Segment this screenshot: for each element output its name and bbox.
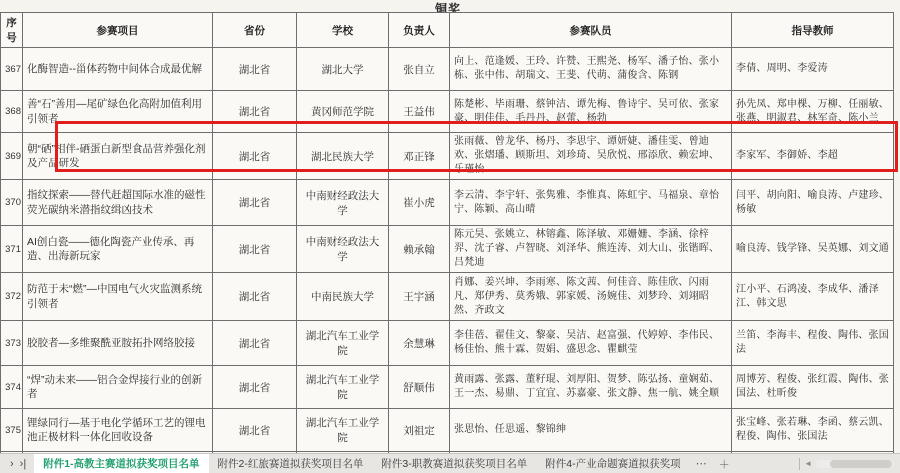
sheet-nav-arrows: › ›| [0, 458, 34, 470]
cell-school[interactable]: 黄冈师范学院 [297, 91, 389, 133]
cell-no[interactable]: 369 [1, 133, 23, 180]
col-header-leader[interactable]: 负责人 [389, 13, 450, 48]
cell-province[interactable]: 湖北省 [213, 48, 297, 91]
cell-project[interactable]: 化酶智造--甾体药物中间体合成最优解 [23, 48, 213, 91]
horizontal-scrollbar: ◄ [799, 458, 900, 470]
cell-school[interactable]: 湖北大学 [297, 48, 389, 91]
award-table: 序号 参赛项目 省份 学校 负责人 参赛队员 指导教师 367 化酶智造--甾体… [0, 12, 894, 466]
cell-members[interactable]: 张雨薇、曾龙华、杨丹、李思宇、谭妍婕、潘佳雯、曾迪欢、张熠璠、顾斯坦、刘珍琦、吴… [450, 133, 732, 180]
cell-advisors[interactable]: 闫平、胡向阳、喻良涛、卢建珍、杨敏 [732, 180, 894, 226]
cell-leader[interactable]: 崔小虎 [389, 180, 450, 226]
cell-members[interactable]: 陈元昊、张姚立、林镕鑫、陈泽敏、邓姗姗、李涵、徐梓羿、沈子睿、卢智晓、刘泽华、熊… [450, 226, 732, 273]
cell-school[interactable]: 湖北民族大学 [297, 133, 389, 180]
table-row: 373 胶胶者—多维聚酰亚胺拓扑网络胶接 湖北省 湖北汽车工业学院 余慧琳 李佳… [1, 321, 894, 366]
cell-province[interactable]: 湖北省 [213, 366, 297, 409]
cell-school[interactable]: 湖北汽车工业学院 [297, 321, 389, 366]
cell-members[interactable]: 张思怡、任思遥、黎锦绅 [450, 409, 732, 452]
cell-advisors[interactable]: 李倩、周明、李爱涛 [732, 48, 894, 91]
cell-members[interactable]: 向上、范逢媛、王玲、许赞、王熙尧、杨军、潘子怡、张小栋、张中伟、胡瑞文、王斐、代… [450, 48, 732, 91]
cell-leader[interactable]: 王宇涵 [389, 273, 450, 321]
cell-leader[interactable]: 刘祖定 [389, 409, 450, 452]
cell-school[interactable]: 湖北汽车工业学院 [297, 409, 389, 452]
cell-members[interactable]: 肖娜、姜兴坤、李雨寒、陈文茜、何佳音、陈佳欣、闪雨凡、郑伊秀、莫秀娥、郭家媛、汤… [450, 273, 732, 321]
cell-no[interactable]: 372 [1, 273, 23, 321]
cell-advisors[interactable]: 喻良涛、钱学锋、吴英娜、刘文通 [732, 226, 894, 273]
cell-province[interactable]: 湖北省 [213, 321, 297, 366]
table-row: 375 锂绿同行—基于电化学循环工艺的锂电池正极材料一体化回收设备 湖北省 湖北… [1, 409, 894, 452]
col-header-school[interactable]: 学校 [297, 13, 389, 48]
cell-province[interactable]: 湖北省 [213, 226, 297, 273]
sheet-tab-attachment2[interactable]: 附件2-红旅赛道拟获奖项目名单 [209, 454, 373, 473]
cell-no[interactable]: 370 [1, 180, 23, 226]
cell-no[interactable]: 374 [1, 366, 23, 409]
table-row: 367 化酶智造--甾体药物中间体合成最优解 湖北省 湖北大学 张自立 向上、范… [1, 48, 894, 91]
more-tabs-icon[interactable]: ⋯ [690, 457, 713, 470]
cell-leader[interactable]: 余慧琳 [389, 321, 450, 366]
cell-province[interactable]: 湖北省 [213, 133, 297, 180]
sheet-tab-attachment3[interactable]: 附件3-职教赛道拟获奖项目名单 [372, 454, 536, 473]
table-row: 370 指纹探索——替代赶超国际水准的磁性荧光碳纳米潜指纹缉凶技术 湖北省 中南… [1, 180, 894, 226]
cell-school[interactable]: 中南民族大学 [297, 273, 389, 321]
cell-project[interactable]: 防范于未“燃”—中国电气火灾监测系统引领者 [23, 273, 213, 321]
cell-leader[interactable]: 舒顺伟 [389, 366, 450, 409]
col-header-no[interactable]: 序号 [1, 13, 23, 48]
cell-no[interactable]: 375 [1, 409, 23, 452]
add-sheet-icon[interactable]: ＋ [713, 456, 736, 472]
sheet-tab-attachment1[interactable]: 附件1-高教主赛道拟获奖项目名单 [34, 454, 208, 473]
cell-school[interactable]: 中南财经政法大学 [297, 226, 389, 273]
table-row: 372 防范于未“燃”—中国电气火灾监测系统引领者 湖北省 中南民族大学 王宇涵… [1, 273, 894, 321]
sheet-tab-attachment4[interactable]: 附件4-产业命题赛道拟获奖项 [536, 454, 689, 473]
col-header-project[interactable]: 参赛项目 [23, 13, 213, 48]
cell-advisors[interactable]: 李家军、李御娇、李超 [732, 133, 894, 180]
last-sheet-icon[interactable]: ›| [20, 458, 27, 470]
cell-province[interactable]: 湖北省 [213, 91, 297, 133]
cell-project[interactable]: 胶胶者—多维聚酰亚胺拓扑网络胶接 [23, 321, 213, 366]
cell-advisors[interactable]: 孙先凤、郑申棵、万柳、任丽敏、张燕、明淑君、林军奇、陈小兰 [732, 91, 894, 133]
table-row: 374 “焊”动未来——铝合金焊接行业的创新者 湖北省 湖北汽车工业学院 舒顺伟… [1, 366, 894, 409]
cell-no[interactable]: 367 [1, 48, 23, 91]
cell-school[interactable]: 湖北汽车工业学院 [297, 366, 389, 409]
scrollbar-thumb[interactable] [830, 460, 892, 468]
cell-project[interactable]: 善“石”善用—尾矿绿色化高附加值利用引领者 [23, 91, 213, 133]
cell-advisors[interactable]: 江小平、石鸿凌、李成华、潘泽江、韩文思 [732, 273, 894, 321]
cell-province[interactable]: 湖北省 [213, 409, 297, 452]
table-row-highlighted: 369 朝“硒”相伴-硒蛋白新型食品营养强化剂及产品研发 湖北省 湖北民族大学 … [1, 133, 894, 180]
cell-members[interactable]: 黄雨露、张露、董籽琨、刘厚阳、贺梦、陈弘扬、童娴茹、王一杰、易鼎、丁宜宜、苏嘉豪… [450, 366, 732, 409]
cell-advisors[interactable]: 兰笛、李海丰、程俊、陶伟、张国法 [732, 321, 894, 366]
table-row: 371 AI创白瓷——德化陶瓷产业传承、再造、出海新玩家 湖北省 中南财经政法大… [1, 226, 894, 273]
cell-members[interactable]: 李佳蓓、翟佳文、黎豪、吴洁、赵富强、代婷婷、李伟民、杨佳怡、熊十霖、贺娟、盛思念… [450, 321, 732, 366]
header-row: 序号 参赛项目 省份 学校 负责人 参赛队员 指导教师 [1, 13, 894, 48]
col-header-province[interactable]: 省份 [213, 13, 297, 48]
next-sheet-icon[interactable]: › [10, 458, 14, 470]
sheet-tab-bar: › ›| 附件1-高教主赛道拟获奖项目名单 附件2-红旅赛道拟获奖项目名单 附件… [0, 453, 900, 473]
cell-project[interactable]: “焊”动未来——铝合金焊接行业的创新者 [23, 366, 213, 409]
cell-project[interactable]: 朝“硒”相伴-硒蛋白新型食品营养强化剂及产品研发 [23, 133, 213, 180]
cell-project[interactable]: 指纹探索——替代赶超国际水准的磁性荧光碳纳米潜指纹缉凶技术 [23, 180, 213, 226]
cell-leader[interactable]: 邓正锋 [389, 133, 450, 180]
cell-members[interactable]: 李云清、李宇轩、张隽雅、李惟真、陈虹宇、马福泉、章怡宁、陈颖、高山晴 [450, 180, 732, 226]
col-header-advisors[interactable]: 指导教师 [732, 13, 894, 48]
table-row: 368 善“石”善用—尾矿绿色化高附加值利用引领者 湖北省 黄冈师范学院 王益伟… [1, 91, 894, 133]
cell-no[interactable]: 371 [1, 226, 23, 273]
cell-no[interactable]: 373 [1, 321, 23, 366]
cell-province[interactable]: 湖北省 [213, 273, 297, 321]
cell-project[interactable]: 锂绿同行—基于电化学循环工艺的锂电池正极材料一体化回收设备 [23, 409, 213, 452]
cell-leader[interactable]: 王益伟 [389, 91, 450, 133]
scrollbar-track[interactable] [816, 460, 894, 468]
cell-leader[interactable]: 张自立 [389, 48, 450, 91]
cell-leader[interactable]: 赖承翰 [389, 226, 450, 273]
cell-advisors[interactable]: 周博芳、程俊、张红霞、陶伟、张国法、杜昕俊 [732, 366, 894, 409]
cell-school[interactable]: 中南财经政法大学 [297, 180, 389, 226]
scroll-left-icon[interactable]: ◄ [804, 459, 812, 468]
cell-project[interactable]: AI创白瓷——德化陶瓷产业传承、再造、出海新玩家 [23, 226, 213, 273]
col-header-members[interactable]: 参赛队员 [450, 13, 732, 48]
scrollbar-divider [799, 458, 800, 470]
cell-members[interactable]: 陈楚彬、毕雨珊、蔡钟洁、谭先梅、鲁诗宇、吴可依、张家豪、明佳佳、毛丹丹、赵蕾、杨… [450, 91, 732, 133]
spreadsheet-window: 铜奖 序号 参赛项目 省份 学校 负责人 参赛队员 指导教师 367 化酶智造-… [0, 0, 900, 473]
cell-advisors[interactable]: 张宝峰、张若琳、李函、蔡云凯、程俊、陶伟、张国法 [732, 409, 894, 452]
cell-province[interactable]: 湖北省 [213, 180, 297, 226]
cell-no[interactable]: 368 [1, 91, 23, 133]
